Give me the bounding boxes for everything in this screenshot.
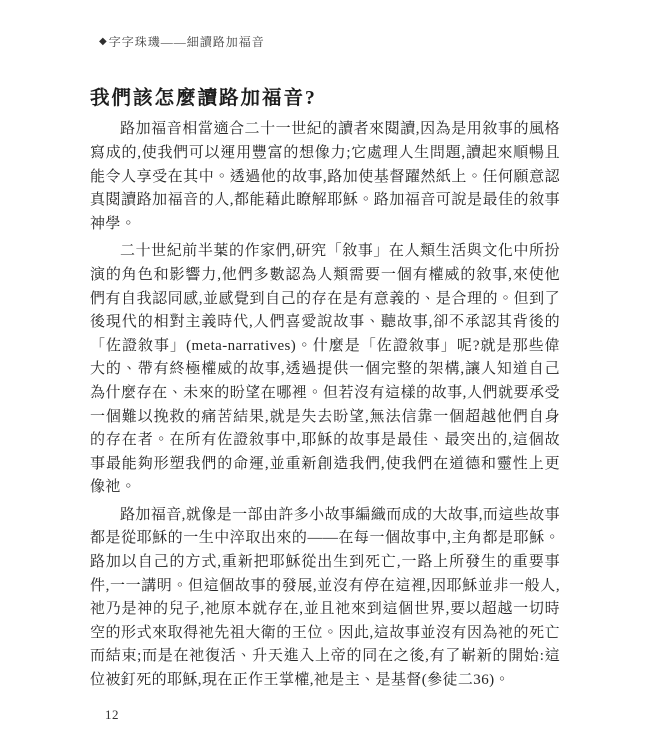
running-header-title: 字字珠璣——細讀路加福音	[109, 33, 265, 50]
book-page: ◆ 字字珠璣——細讀路加福音 我們該怎麼讀路加福音? 路加福音相當適合二十一世紀…	[0, 0, 650, 750]
paragraph-1: 路加福音相當適合二十一世紀的讀者來閱讀,因為是用敘事的風格寫成的,使我們可以運用…	[90, 118, 560, 236]
diamond-icon: ◆	[99, 36, 108, 47]
article-body: 路加福音相當適合二十一世紀的讀者來閱讀,因為是用敘事的風格寫成的,使我們可以運用…	[90, 118, 560, 692]
section-title: 我們該怎麼讀路加福音?	[90, 87, 560, 110]
running-header: ◆ 字字珠璣——細讀路加福音	[99, 33, 560, 50]
paragraph-2: 二十世紀前半葉的作家們,研究「敘事」在人類生活與文化中所扮演的角色和影響力,他們…	[90, 240, 560, 500]
paragraph-3: 路加福音,就像是一部由許多小故事編織而成的大故事,而這些故事都是從耶穌的一生中淬…	[90, 504, 560, 693]
page-number: 12	[105, 707, 119, 723]
